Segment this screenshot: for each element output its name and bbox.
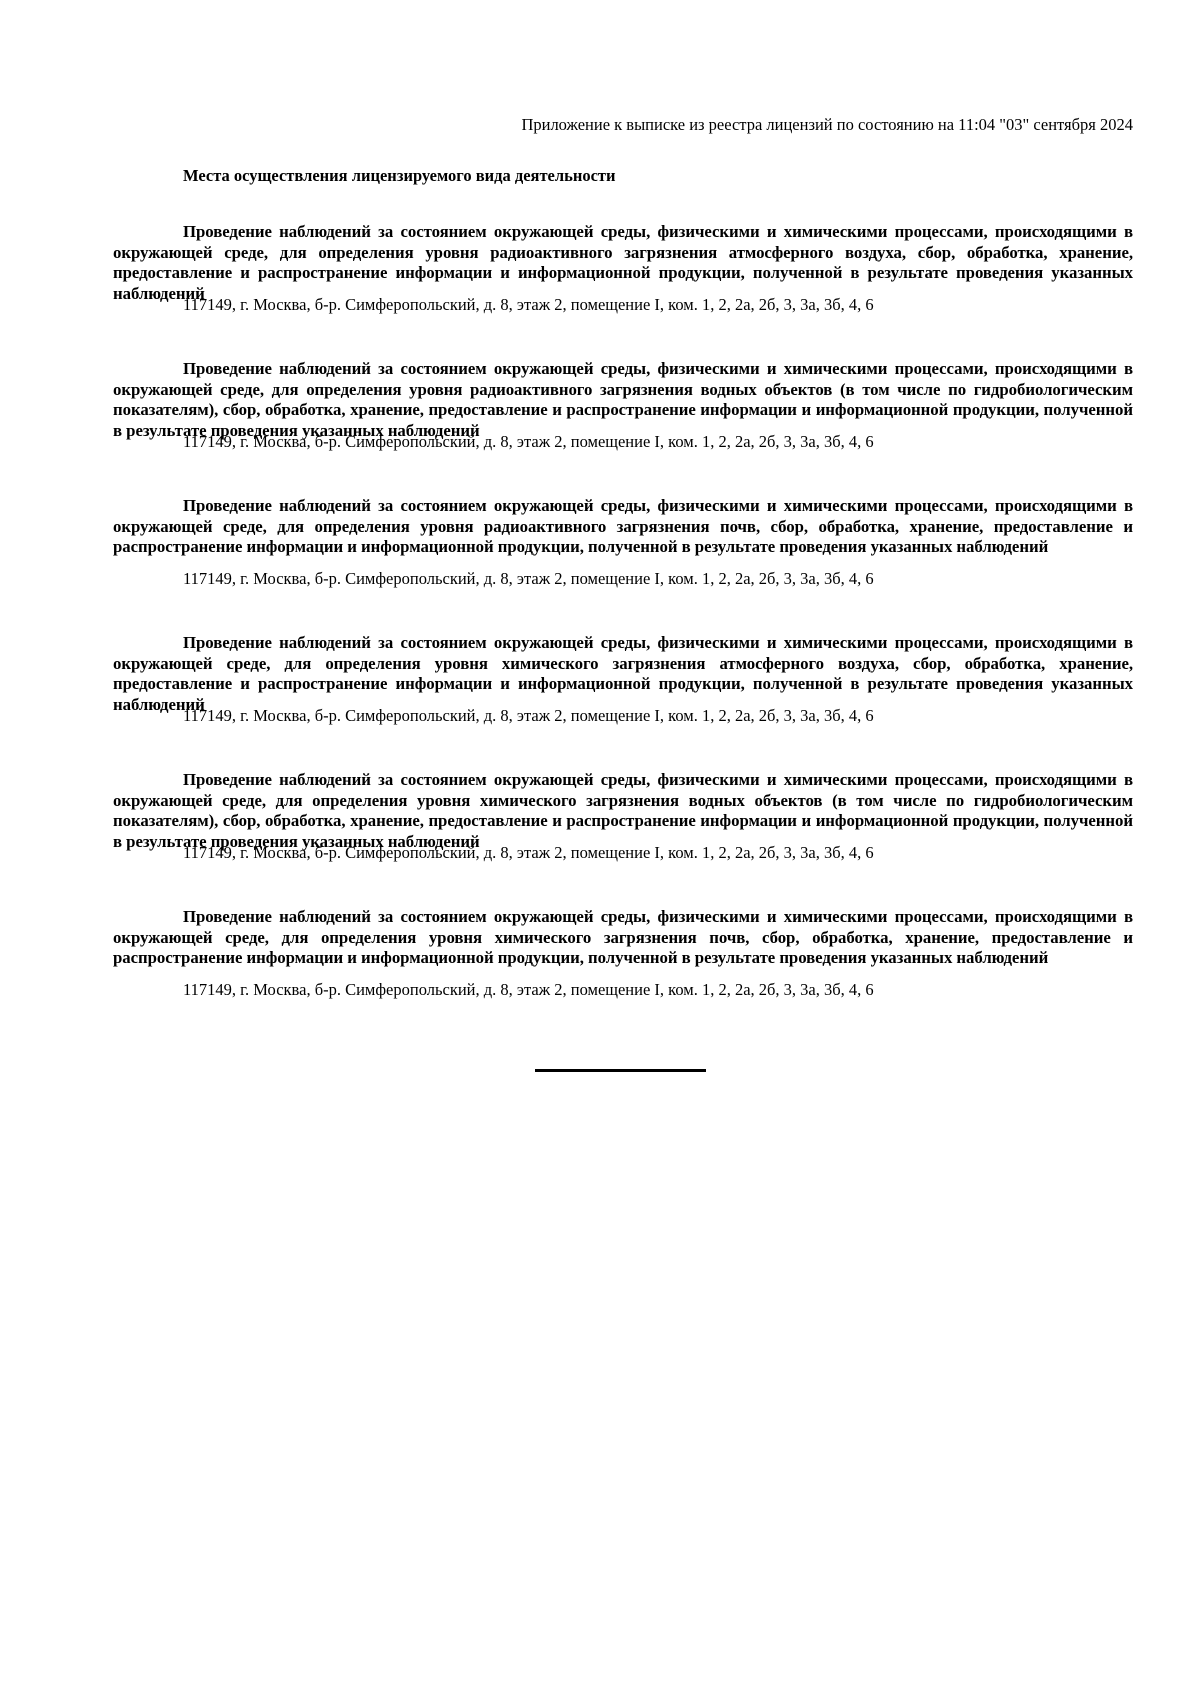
section-title: Места осуществления лицензируемого вида … <box>183 166 616 186</box>
address-line: 117149, г. Москва, б-р. Симферопольский,… <box>183 295 874 315</box>
address-line: 117149, г. Москва, б-р. Симферопольский,… <box>183 980 874 1000</box>
activity-description: Проведение наблюдений за состоянием окру… <box>113 907 1133 969</box>
list-item: Проведение наблюдений за состоянием окру… <box>113 633 1133 770</box>
list-item: Проведение наблюдений за состоянием окру… <box>113 907 1133 1044</box>
activity-description: Проведение наблюдений за состоянием окру… <box>113 359 1133 441</box>
end-divider <box>535 1069 706 1072</box>
activity-description: Проведение наблюдений за состоянием окру… <box>113 222 1133 304</box>
activity-description: Проведение наблюдений за состоянием окру… <box>113 633 1133 715</box>
list-item: Проведение наблюдений за состоянием окру… <box>113 770 1133 907</box>
header-note: Приложение к выписке из реестра лицензий… <box>113 115 1133 135</box>
list-item: Проведение наблюдений за состоянием окру… <box>113 222 1133 359</box>
activity-description: Проведение наблюдений за состоянием окру… <box>113 770 1133 852</box>
address-line: 117149, г. Москва, б-р. Симферопольский,… <box>183 706 874 726</box>
activity-description: Проведение наблюдений за состоянием окру… <box>113 496 1133 558</box>
address-line: 117149, г. Москва, б-р. Симферопольский,… <box>183 569 874 589</box>
list-item: Проведение наблюдений за состоянием окру… <box>113 496 1133 633</box>
address-line: 117149, г. Москва, б-р. Симферопольский,… <box>183 432 874 452</box>
list-item: Проведение наблюдений за состоянием окру… <box>113 359 1133 496</box>
entries-list: Проведение наблюдений за состоянием окру… <box>113 222 1133 1044</box>
address-line: 117149, г. Москва, б-р. Симферопольский,… <box>183 843 874 863</box>
